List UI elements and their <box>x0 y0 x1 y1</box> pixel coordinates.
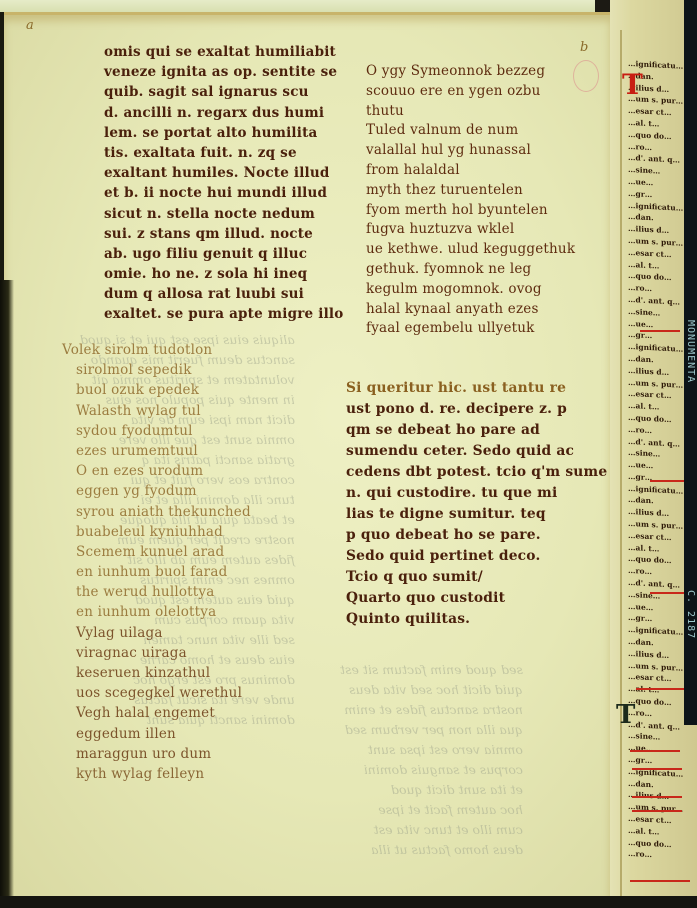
right-column-old-hungarian: O ygy Symeonnok bezzeg scouuo ere en yge… <box>366 62 575 339</box>
text-line: en iunhum buol farad <box>62 562 251 582</box>
text-line: scouuo ere en ygen ozbu <box>366 82 575 102</box>
text-line: Vylag uilaga <box>62 623 251 643</box>
rubric-underline <box>632 796 682 798</box>
text-line: ezes urumemtuul <box>62 441 251 461</box>
rubric-underline <box>630 880 690 882</box>
text-line: maraggun uro dum <box>62 744 251 764</box>
text-line: kyth wylag felleyn <box>62 764 251 784</box>
text-line: veneze ignita as op. sentite se <box>104 62 343 82</box>
library-stamp <box>573 60 599 92</box>
text-line: d. ancilli n. regarx dus humi <box>104 103 343 123</box>
text-line: Si queritur hic. ust tantu re <box>346 378 607 399</box>
text-line: exaltet. se pura apte migre illo <box>104 304 343 324</box>
text-line: ust pono d. re. decipere z. p <box>346 399 607 420</box>
text-line: cedens dbt potest. tcio q'm sume <box>346 462 607 483</box>
left-column-old-hungarian: Volek sirolm tudotlon sirolmol sepedik b… <box>62 340 251 784</box>
folio-mark-b: b <box>580 40 588 55</box>
rubric-underline <box>630 750 680 752</box>
rubric-underline <box>640 330 680 332</box>
text-line: keseruen kinzathul <box>62 663 251 683</box>
right-column-latin: Si queritur hic. ust tantu re ust pono d… <box>346 378 607 630</box>
text-line: uos scegegkel werethul <box>62 683 251 703</box>
text-line: sumendu ceter. Sedo quid ac <box>346 441 607 462</box>
text-line: buol ozuk epedek <box>62 380 251 400</box>
text-line: Sedo quid pertinet deco. <box>346 546 607 567</box>
text-line: syrou aniath thekunched <box>62 502 251 522</box>
text-line: ue kethwe. ulud keguggethuk <box>366 240 575 260</box>
binding-shadow <box>0 280 14 908</box>
archive-label-title: MONUMENTA <box>685 320 696 383</box>
text-line: O en ezes urodum <box>62 461 251 481</box>
text-line: dum q allosa rat luubi sui <box>104 284 343 304</box>
text-line: et b. ii nocte hui mundi illud <box>104 183 343 203</box>
text-line: lias te digne sumitur. teq <box>346 504 607 525</box>
folio-mark-a: a <box>26 18 34 33</box>
text-line: Quinto quilitas. <box>346 609 607 630</box>
text-line: buabeleul kyniuhhad <box>62 522 251 542</box>
text-line: sirolmol sepedik <box>62 360 251 380</box>
text-line: from halaldal <box>366 161 575 181</box>
text-line: Walasth wylag tul <box>62 401 251 421</box>
text-line: n. qui custodire. tu que mi <box>346 483 607 504</box>
text-line: sydou fyodumtul <box>62 421 251 441</box>
text-line: O ygy Symeonnok bezzeg <box>366 62 575 82</box>
text-line: lem. se portat alto humilita <box>104 123 343 143</box>
gutter-line <box>620 30 622 900</box>
text-line: halal kynaal anyath ezes <box>366 300 575 320</box>
text-line: fugva huztuzva wklel <box>366 220 575 240</box>
text-line: Tcio q quo sumit/ <box>346 567 607 588</box>
text-line: fyom merth hol byuntelen <box>366 201 575 221</box>
rubric-underline <box>632 768 682 770</box>
text-line: eggen yg fyodum <box>62 481 251 501</box>
text-line: valallal hul yg hunassal <box>366 141 575 161</box>
text-line: gethuk. fyomnok ne leg <box>366 260 575 280</box>
text-line: quib. sagit sal ignarus scu <box>104 82 343 102</box>
text-line: Scemem kunuel arad <box>62 542 251 562</box>
text-line: Vegh halal engemet <box>62 703 251 723</box>
text-line: thutu <box>366 102 575 122</box>
text-line: sui. z stans qm illud. nocte <box>104 224 343 244</box>
text-line: p quo debeat ho se pare. <box>346 525 607 546</box>
text-line: the werud hullottya <box>62 582 251 602</box>
bleed-through-right: sed quod enim factum sit estquid dicit h… <box>340 660 523 860</box>
text-line: qm se debeat ho pare ad <box>346 420 607 441</box>
text-line: ab. ugo filiu genuit q illuc <box>104 244 343 264</box>
text-line: Volek sirolm tudotlon <box>62 340 251 360</box>
text-line: eggedum illen <box>62 724 251 744</box>
text-line: sicut n. stella nocte nedum <box>104 204 343 224</box>
text-line: exaltant humiles. Nocte illud <box>104 163 343 183</box>
text-line: en iunhum olelottya <box>62 602 251 622</box>
text-line: kegulm mogomnok. ovog <box>366 280 575 300</box>
text-line: Tuled valnum de num <box>366 121 575 141</box>
background-top <box>0 0 697 12</box>
red-initial-letter: T <box>622 68 643 101</box>
archive-label-text: C. 2187 <box>685 590 696 639</box>
text-line: omis qui se exaltat humiliabit <box>104 42 343 62</box>
rubric-underline <box>632 810 682 812</box>
text-line: myth thez turuentelen <box>366 181 575 201</box>
background-bottom <box>0 896 697 908</box>
text-line: omie. ho ne. z sola hi ineq <box>104 264 343 284</box>
text-line: tis. exaltata fuit. n. zq se <box>104 143 343 163</box>
rubric-underline <box>636 688 684 690</box>
text-line: fyaal egembelu ullyetuk <box>366 319 575 339</box>
left-column-latin: omis qui se exaltat humiliabit veneze ig… <box>104 42 343 325</box>
text-line: Quarto quo custodit <box>346 588 607 609</box>
text-line: viragnac uiraga <box>62 643 251 663</box>
decorated-initial-letter: T <box>616 700 635 730</box>
